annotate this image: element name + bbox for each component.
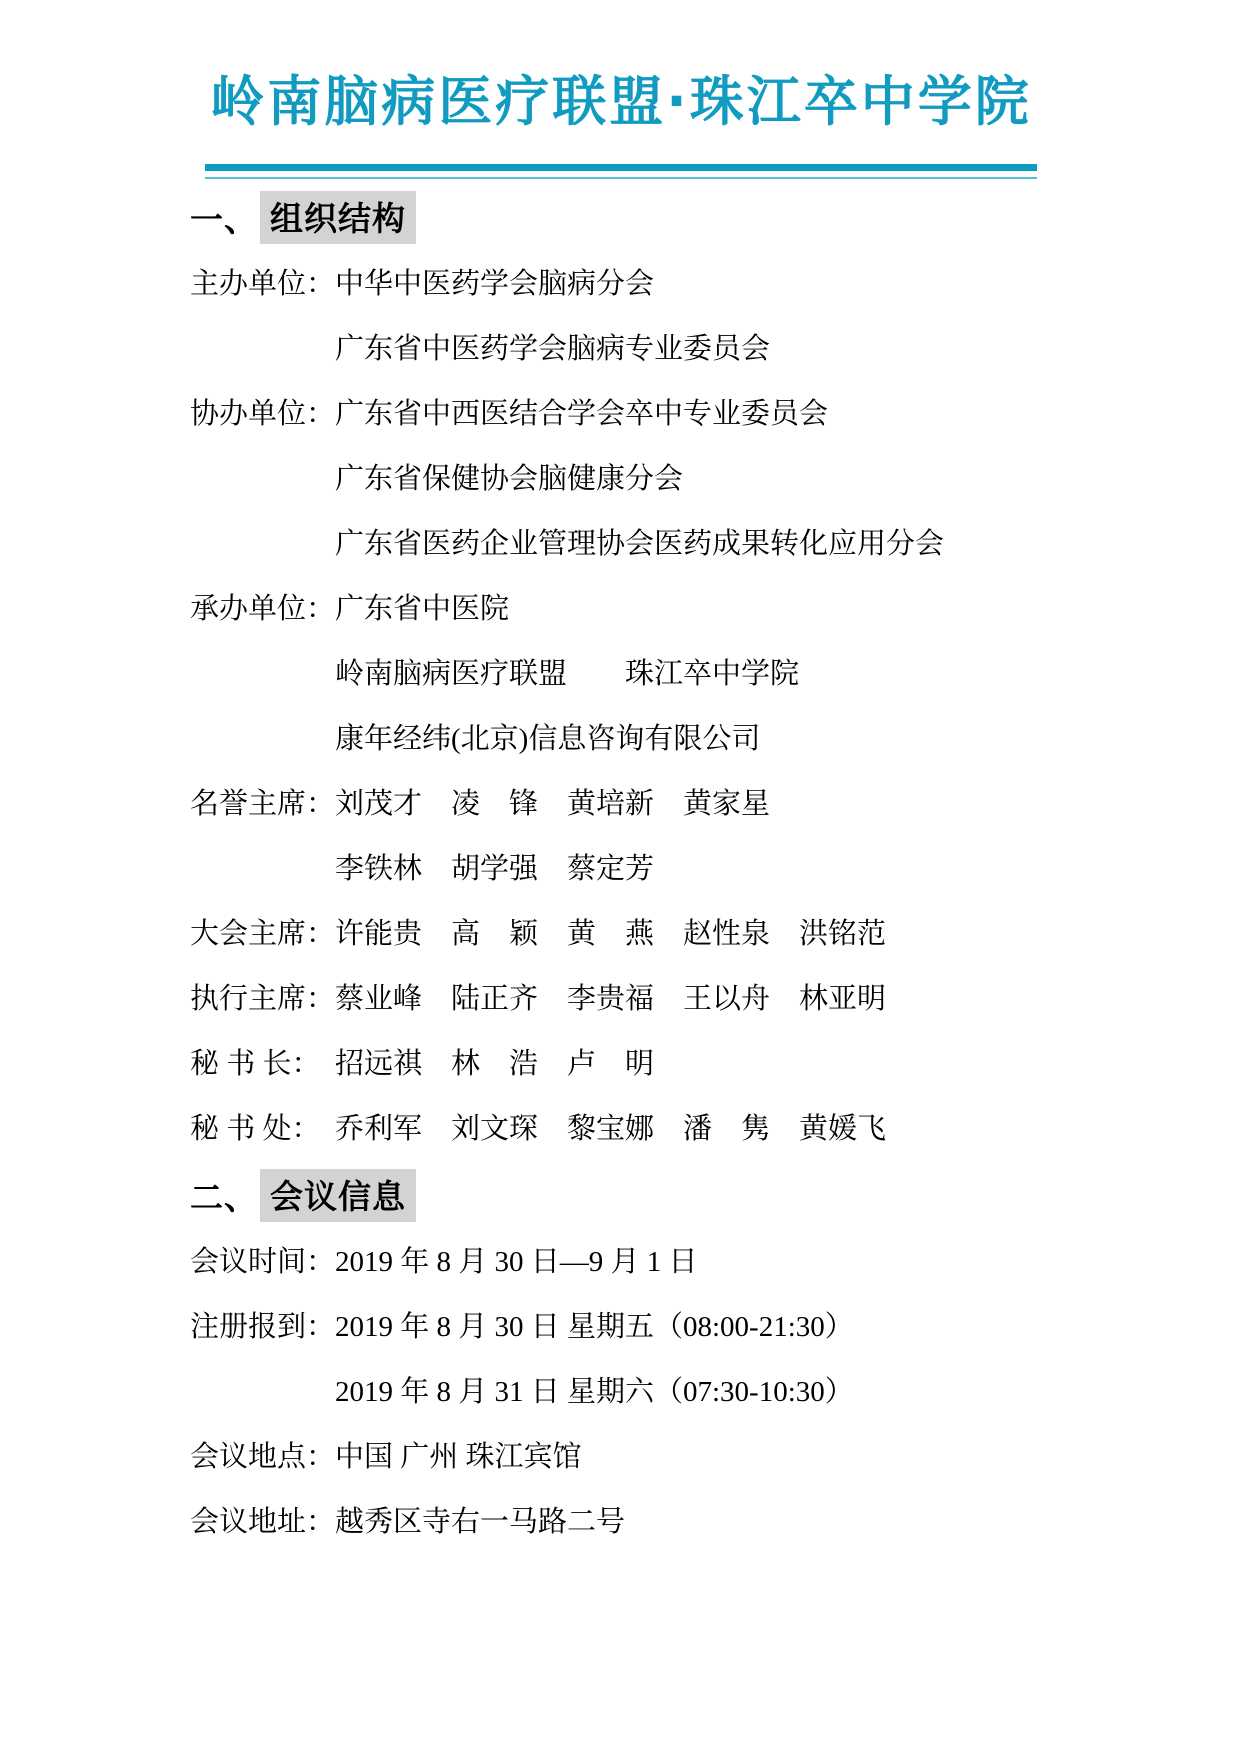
field-row-executive-chairs: 执行主席： 蔡业峰 陆正齐 李贵福 王以舟 林亚明 — [190, 964, 1185, 1029]
field-value-line: 广东省中医院 — [335, 586, 509, 627]
field-line: 广东省保健协会脑健康分会 — [190, 444, 1185, 509]
section-title-highlighted: 组织结构 — [260, 191, 416, 244]
field-value-line: 乔利军 刘文琛 黎宝娜 潘 隽 黄媛飞 — [335, 1106, 886, 1147]
field-line: 承办单位： 广东省中医院 — [190, 574, 1185, 639]
field-value-line: 广东省中医药学会脑病专业委员会 — [335, 326, 770, 367]
field-value-line: 2019 年 8 月 31 日 星期六（07:30-10:30） — [335, 1369, 854, 1410]
field-row-cohost: 协办单位： 广东省中西医结合学会卒中专业委员会 广东省保健协会脑健康分会 广东省… — [190, 379, 1185, 574]
field-line: 主办单位： 中华中医药学会脑病分会 — [190, 249, 1185, 314]
field-line: 秘 书 长： 招远祺 林 浩 卢 明 — [190, 1029, 1185, 1094]
field-value-line: 招远祺 林 浩 卢 明 — [335, 1041, 654, 1082]
section-heading-organization: 一、 组织结构 — [190, 185, 1185, 249]
field-row-venue: 会议地点： 中国 广州 珠江宾馆 — [190, 1422, 1185, 1487]
field-label: 大会主席： — [190, 911, 335, 952]
field-value-line: 广东省医药企业管理协会医药成果转化应用分会 — [335, 521, 944, 562]
field-value-line: 中国 广州 珠江宾馆 — [335, 1434, 582, 1475]
field-value-line: 中华中医药学会脑病分会 — [335, 261, 654, 302]
field-row-registration: 注册报到： 2019 年 8 月 30 日 星期五（08:00-21:30） 2… — [190, 1292, 1185, 1422]
field-label: 执行主席： — [190, 976, 335, 1017]
field-value-line: 刘茂才 凌 锋 黄培新 黄家星 — [335, 781, 770, 822]
field-label: 承办单位： — [190, 586, 335, 627]
section-title-highlighted: 会议信息 — [260, 1169, 416, 1222]
field-line: 岭南脑病医疗联盟 珠江卒中学院 — [190, 639, 1185, 704]
field-value-line: 2019 年 8 月 30 日—9 月 1 日 — [335, 1239, 698, 1280]
field-row-host: 主办单位： 中华中医药学会脑病分会 广东省中医药学会脑病专业委员会 — [190, 249, 1185, 379]
field-value-line: 越秀区寺右一马路二号 — [335, 1499, 625, 1540]
document-page: 岭南脑病医疗联盟·珠江卒中学院 一、 组织结构 主办单位： 中华中医药学会脑病分… — [0, 0, 1241, 1754]
field-line: 执行主席： 蔡业峰 陆正齐 李贵福 王以舟 林亚明 — [190, 964, 1185, 1029]
title-rule-thin — [205, 177, 1037, 179]
field-row-conference-time: 会议时间： 2019 年 8 月 30 日—9 月 1 日 — [190, 1227, 1185, 1292]
field-value-line: 李铁林 胡学强 蔡定芳 — [335, 846, 654, 887]
field-line: 大会主席： 许能贵 高 颖 黄 燕 赵性泉 洪铭范 — [190, 899, 1185, 964]
section-number: 二、 — [190, 1172, 260, 1219]
document-content: 岭南脑病医疗联盟·珠江卒中学院 一、 组织结构 主办单位： 中华中医药学会脑病分… — [0, 0, 1241, 1552]
field-label: 名誉主席： — [190, 781, 335, 822]
field-line: 李铁林 胡学强 蔡定芳 — [190, 834, 1185, 899]
field-label: 会议地点： — [190, 1434, 335, 1475]
field-line: 广东省中医药学会脑病专业委员会 — [190, 314, 1185, 379]
field-label: 秘 书 长： — [190, 1041, 335, 1082]
field-row-secretariat: 秘 书 处： 乔利军 刘文琛 黎宝娜 潘 隽 黄媛飞 — [190, 1094, 1185, 1159]
field-value-line: 广东省保健协会脑健康分会 — [335, 456, 683, 497]
field-value-line: 蔡业峰 陆正齐 李贵福 王以舟 林亚明 — [335, 976, 886, 1017]
field-row-congress-chairs: 大会主席： 许能贵 高 颖 黄 燕 赵性泉 洪铭范 — [190, 899, 1185, 964]
title-divider — [205, 164, 1037, 179]
field-line: 注册报到： 2019 年 8 月 30 日 星期五（08:00-21:30） — [190, 1292, 1185, 1357]
field-value-line: 岭南脑病医疗联盟 珠江卒中学院 — [335, 651, 799, 692]
field-value-line: 康年经纬(北京)信息咨询有限公司 — [335, 716, 760, 757]
title-rule-thick — [205, 164, 1037, 171]
field-line: 康年经纬(北京)信息咨询有限公司 — [190, 704, 1185, 769]
field-label: 秘 书 处： — [190, 1106, 335, 1147]
field-label: 会议地址： — [190, 1499, 335, 1540]
field-value-line: 许能贵 高 颖 黄 燕 赵性泉 洪铭范 — [335, 911, 886, 952]
section-number: 一、 — [190, 194, 260, 241]
field-label: 协办单位： — [190, 391, 335, 432]
field-row-secretary-general: 秘 书 长： 招远祺 林 浩 卢 明 — [190, 1029, 1185, 1094]
field-row-address: 会议地址： 越秀区寺右一马路二号 — [190, 1487, 1185, 1552]
field-line: 会议地址： 越秀区寺右一马路二号 — [190, 1487, 1185, 1552]
field-label: 会议时间： — [190, 1239, 335, 1280]
field-line: 会议地点： 中国 广州 珠江宾馆 — [190, 1422, 1185, 1487]
field-row-organizer: 承办单位： 广东省中医院 岭南脑病医疗联盟 珠江卒中学院 康年经纬(北京)信息咨… — [190, 574, 1185, 769]
field-value-line: 广东省中西医结合学会卒中专业委员会 — [335, 391, 828, 432]
field-value-line: 2019 年 8 月 30 日 星期五（08:00-21:30） — [335, 1304, 854, 1345]
field-line: 2019 年 8 月 31 日 星期六（07:30-10:30） — [190, 1357, 1185, 1422]
field-line: 会议时间： 2019 年 8 月 30 日—9 月 1 日 — [190, 1227, 1185, 1292]
document-title: 岭南脑病医疗联盟·珠江卒中学院 — [205, 56, 1037, 148]
field-line: 秘 书 处： 乔利军 刘文琛 黎宝娜 潘 隽 黄媛飞 — [190, 1094, 1185, 1159]
field-label: 主办单位： — [190, 261, 335, 302]
field-line: 协办单位： 广东省中西医结合学会卒中专业委员会 — [190, 379, 1185, 444]
field-row-honorary-chairs: 名誉主席： 刘茂才 凌 锋 黄培新 黄家星 李铁林 胡学强 蔡定芳 — [190, 769, 1185, 899]
field-label: 注册报到： — [190, 1304, 335, 1345]
section-heading-conference-info: 二、 会议信息 — [190, 1163, 1185, 1227]
field-line: 名誉主席： 刘茂才 凌 锋 黄培新 黄家星 — [190, 769, 1185, 834]
field-line: 广东省医药企业管理协会医药成果转化应用分会 — [190, 509, 1185, 574]
